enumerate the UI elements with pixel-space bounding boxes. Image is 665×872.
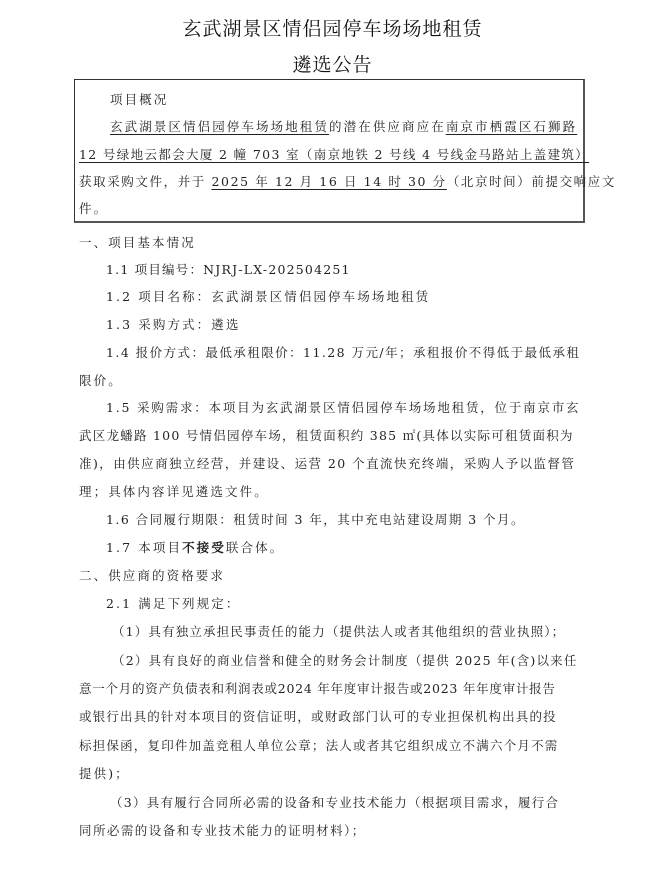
overview-line3-pre: 获取采购文件，并于 — [79, 174, 211, 189]
item-1-7-bold: 不接受 — [182, 540, 226, 555]
item-1-6: 1.6 合同履行期限：租赁时间 3 年，其中充电站建设周期 3 个月。 — [106, 510, 525, 528]
item-1-5-cont2: 准)，由供应商独立经营，并建设、运营 20 个直流快充终端，采购人予以监督管 — [79, 454, 575, 472]
overview-line-4: 件。 — [79, 199, 108, 217]
document-subtitle: 遴选公告 — [0, 50, 665, 77]
item-1-1: 1.1 项目编号：NJRJ-LX-202504251 — [106, 260, 351, 278]
req-1: （1）具有独立承担民事责任的能力（提供法人或者其他组织的营业执照）； — [112, 622, 565, 640]
req-2: （2）具有良好的商业信誉和健全的财务会计制度（提供 2025 年(含)以来任 — [112, 651, 578, 669]
section1-heading: 一、项目基本情况 — [79, 233, 196, 251]
req-3-cont: 同所必需的设备和专业技术能力的证明材料）； — [79, 821, 366, 839]
item-1-5: 1.5 采购需求：本项目为玄武湖景区情侣园停车场场地租赁，位于南京市玄 — [106, 398, 580, 416]
item-1-4: 1.4 报价方式：最低承租限价：11.28 万元/年；承租报价不得低于最低承租 — [106, 343, 580, 361]
overview-line3-post: （北京时间）前提交响应文 — [447, 174, 616, 189]
item-1-5-cont3: 理；具体内容详见遴选文件。 — [79, 482, 269, 500]
item-1-4-cont: 限价。 — [79, 371, 123, 389]
overview-deadline: 2025 年 12 月 16 日 14 时 30 分 — [211, 174, 446, 189]
item-1-7: 1.7 本项目不接受联合体。 — [106, 538, 284, 556]
overview-project-name: 玄武湖景区情侣园停车场场地租赁 — [110, 119, 329, 134]
req-2-cont4: 提供)； — [79, 764, 130, 782]
req-2-cont3: 标担保函，复印件加盖竞租人单位公章；法人或者其它组织成立不满六个月不需 — [79, 736, 559, 754]
item-1-7-post: 联合体。 — [226, 540, 284, 555]
section2-heading: 二、供应商的资格要求 — [79, 566, 225, 584]
overview-address-part1: 南京市栖霞区石狮路 — [446, 119, 577, 134]
item-1-2: 1.2 项目名称：玄武湖景区情侣园停车场场地租赁 — [106, 287, 430, 305]
item-2-1: 2.1 满足下列规定： — [106, 594, 240, 612]
req-2-cont2: 或银行出具的针对本项目的资信证明，或财政部门认可的专业担保机构出具的投 — [79, 707, 557, 725]
overview-line1-mid: 的潜在供应商应在 — [329, 119, 446, 134]
item-1-5-cont1: 武区龙蟠路 100 号情侣园停车场，租赁面积约 385 ㎡(具体以实际可租赁面积… — [79, 426, 574, 444]
req-2-cont1: 意一个月的资产负债表和利润表或2024 年年度审计报告或2023 年年度审计报告 — [79, 679, 556, 697]
overview-heading: 项目概况 — [110, 90, 168, 108]
overview-address-part2: 12 号绿地云都会大厦 2 幢 703 室（南京地铁 2 号线 4 号线金马路站… — [79, 145, 589, 163]
req-3: （3）具有履行合同所必需的设备和专业技术能力（根据项目需求，履行合 — [110, 793, 559, 811]
overview-line-3: 获取采购文件，并于 2025 年 12 月 16 日 14 时 30 分（北京时… — [79, 172, 616, 190]
item-1-7-pre: 1.7 本项目 — [106, 540, 182, 555]
item-1-3: 1.3 采购方式：遴选 — [106, 315, 240, 333]
overview-line-1: 玄武湖景区情侣园停车场场地租赁的潜在供应商应在南京市栖霞区石狮路 — [110, 117, 577, 135]
document-title: 玄武湖景区情侣园停车场场地租赁 — [0, 14, 665, 41]
